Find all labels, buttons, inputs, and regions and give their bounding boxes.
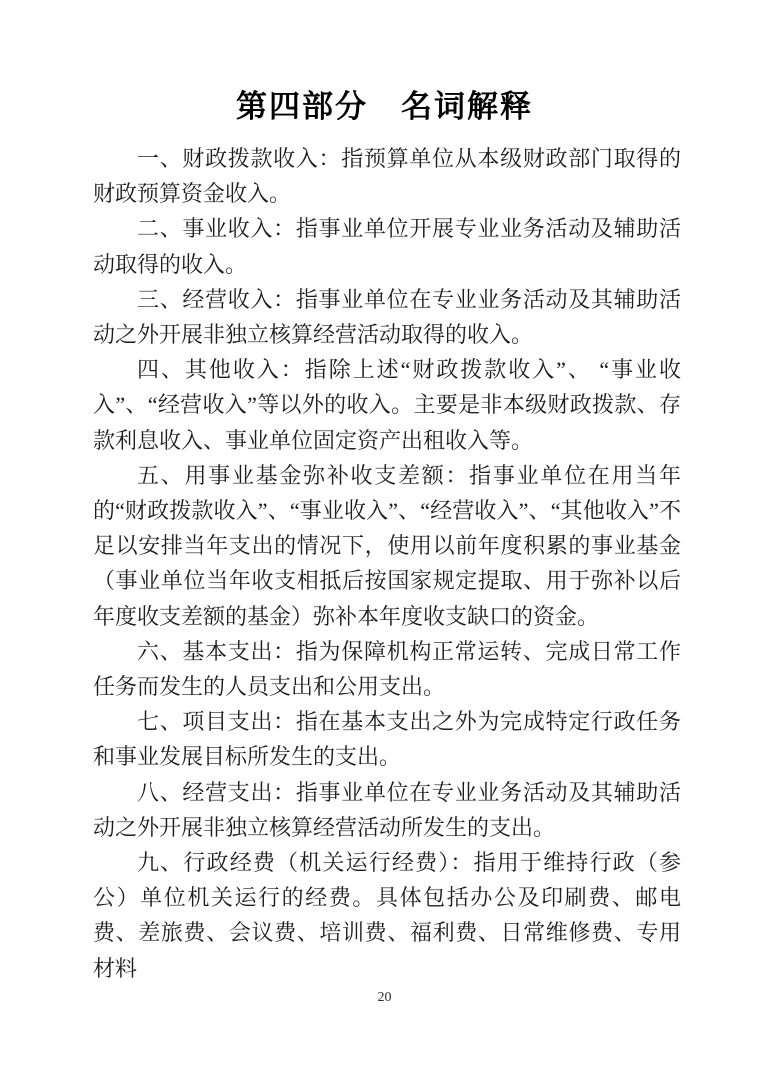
definition-paragraph-5: 五、用事业基金弥补收支差额：指事业单位在用当年的“财政拨款收入”、“事业收入”、… (93, 458, 681, 634)
definition-paragraph-2: 二、事业收入：指事业单位开展专业业务活动及辅助活动取得的收入。 (93, 211, 681, 281)
page-number: 20 (0, 990, 769, 1006)
definition-paragraph-8: 八、经营支出：指事业单位在专业业务活动及其辅助活动之外开展非独立核算经营活动所发… (93, 775, 681, 845)
definition-paragraph-6: 六、基本支出：指为保障机构正常运转、完成日常工作任务而发生的人员支出和公用支出。 (93, 634, 681, 704)
definition-paragraph-9: 九、行政经费（机关运行经费）：指用于维持行政（参公）单位机关运行的经费。具体包括… (93, 845, 681, 986)
definition-paragraph-4: 四、其他收入：指除上述“财政拨款收入”、 “事业收入”、“经营收入”等以外的收入… (93, 352, 681, 458)
definition-paragraph-7: 七、项目支出：指在基本支出之外为完成特定行政任务和事业发展目标所发生的支出。 (93, 704, 681, 774)
document-page: 第四部分 名词解释 一、财政拨款收入：指预算单位从本级财政部门取得的财政预算资金… (0, 0, 769, 1088)
document-body: 一、财政拨款收入：指预算单位从本级财政部门取得的财政预算资金收入。 二、事业收入… (93, 141, 681, 986)
page-title: 第四部分 名词解释 (0, 0, 769, 128)
definition-paragraph-1: 一、财政拨款收入：指预算单位从本级财政部门取得的财政预算资金收入。 (93, 141, 681, 211)
definition-paragraph-3: 三、经营收入：指事业单位在专业业务活动及其辅助活动之外开展非独立核算经营活动取得… (93, 282, 681, 352)
